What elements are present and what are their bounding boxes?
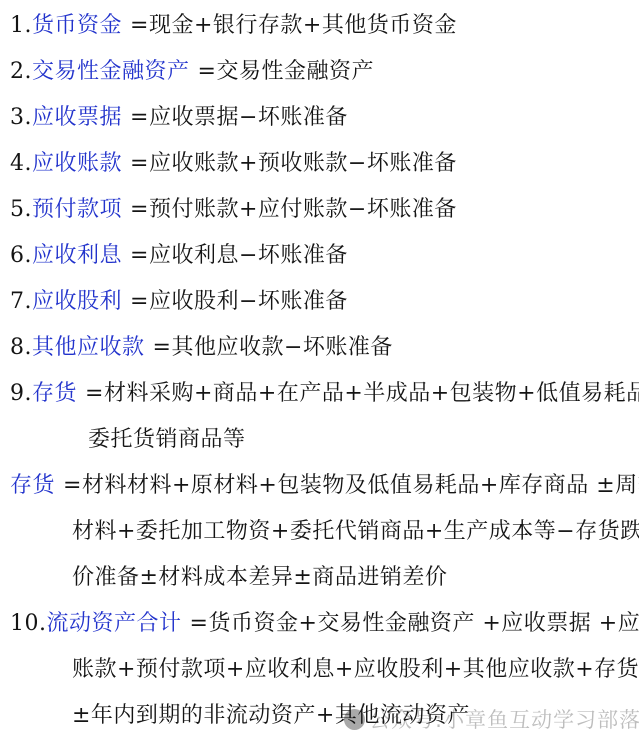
formula-document: 1.货币资金=现金+银行存款+其他货币资金 2.交易性金融资产=交易性金融资产 … <box>0 0 639 739</box>
formula-line-inventory: 存货=材料材料+原材料+包装物及低值易耗品+库存商品 ±周转 <box>10 463 639 509</box>
formula-text: =应收票据−坏账准备 <box>130 105 348 130</box>
formula-line-8: 8.其他应收款=其他应收款−坏账准备 <box>10 325 639 371</box>
formula-line-inventory-cont-2: 价准备±材料成本差异±商品进销差价 <box>10 555 639 601</box>
term-label: 应收账款 <box>32 151 122 176</box>
formula-text: 材料+委托加工物资+委托代销商品+生产成本等−存货跌 <box>72 519 639 544</box>
formula-text: 价准备±材料成本差异±商品进销差价 <box>72 565 447 590</box>
formula-text: =其他应收款−坏账准备 <box>153 335 393 360</box>
formula-line-9-cont: 委托货销商品等 <box>10 417 639 463</box>
formula-line-5: 5.预付款项=预付账款+应付账款−坏账准备 <box>10 187 639 233</box>
formula-line-inventory-cont-1: 材料+委托加工物资+委托代销商品+生产成本等−存货跌 <box>10 509 639 555</box>
formula-line-10-cont-1: 账款+预付款项+应收利息+应收股利+其他应收款+存货 <box>10 647 639 693</box>
formula-line-4: 4.应收账款=应收账款+预收账款−坏账准备 <box>10 141 639 187</box>
formula-line-10: 10.流动资产合计=货币资金+交易性金融资产 +应收票据 +应收 <box>10 601 639 647</box>
formula-text: =交易性金融资产 <box>198 59 374 84</box>
formula-line-2: 2.交易性金融资产=交易性金融资产 <box>10 49 639 95</box>
formula-line-1: 1.货币资金=现金+银行存款+其他货币资金 <box>10 3 639 49</box>
formula-line-7: 7.应收股利=应收股利−坏账准备 <box>10 279 639 325</box>
formula-text: =材料采购+商品+在产品+半成品+包装物+低值易耗品+ <box>85 381 639 406</box>
formula-text: =预付账款+应付账款−坏账准备 <box>130 197 457 222</box>
line-number: 9. <box>10 381 32 406</box>
term-label: 其他应收款 <box>32 335 145 360</box>
term-label: 应收股利 <box>32 289 122 314</box>
term-label: 货币资金 <box>32 13 122 38</box>
formula-text: =应收利息−坏账准备 <box>130 243 348 268</box>
line-number: 7. <box>10 289 32 314</box>
term-label: 交易性金融资产 <box>32 59 190 84</box>
line-number: 2. <box>10 59 32 84</box>
formula-text: =应收账款+预收账款−坏账准备 <box>130 151 457 176</box>
line-number: 5. <box>10 197 32 222</box>
line-number: 6. <box>10 243 32 268</box>
term-label: 应收利息 <box>32 243 122 268</box>
line-number: 10. <box>10 611 47 636</box>
line-number: 1. <box>10 13 32 38</box>
line-number: 3. <box>10 105 32 130</box>
formula-text: ±年内到期的非流动资产+其他流动资产 <box>72 703 470 728</box>
formula-text: =现金+银行存款+其他货币资金 <box>130 13 457 38</box>
formula-line-3: 3.应收票据=应收票据−坏账准备 <box>10 95 639 141</box>
formula-text: 委托货销商品等 <box>88 427 246 452</box>
term-label: 应收票据 <box>32 105 122 130</box>
formula-line-6: 6.应收利息=应收利息−坏账准备 <box>10 233 639 279</box>
formula-line-9: 9.存货=材料采购+商品+在产品+半成品+包装物+低值易耗品+ <box>10 371 639 417</box>
formula-text: =货币资金+交易性金融资产 +应收票据 +应收 <box>190 611 639 636</box>
formula-line-10-cont-2: ±年内到期的非流动资产+其他流动资产 <box>10 693 639 739</box>
formula-text: 账款+预付款项+应收利息+应收股利+其他应收款+存货 <box>72 657 639 682</box>
term-label: 存货 <box>10 473 55 498</box>
term-label: 流动资产合计 <box>47 611 182 636</box>
formula-text: =材料材料+原材料+包装物及低值易耗品+库存商品 ±周转 <box>63 473 639 498</box>
formula-text: =应收股利−坏账准备 <box>130 289 348 314</box>
term-label: 存货 <box>32 381 77 406</box>
line-number: 4. <box>10 151 32 176</box>
term-label: 预付款项 <box>32 197 122 222</box>
line-number: 8. <box>10 335 32 360</box>
